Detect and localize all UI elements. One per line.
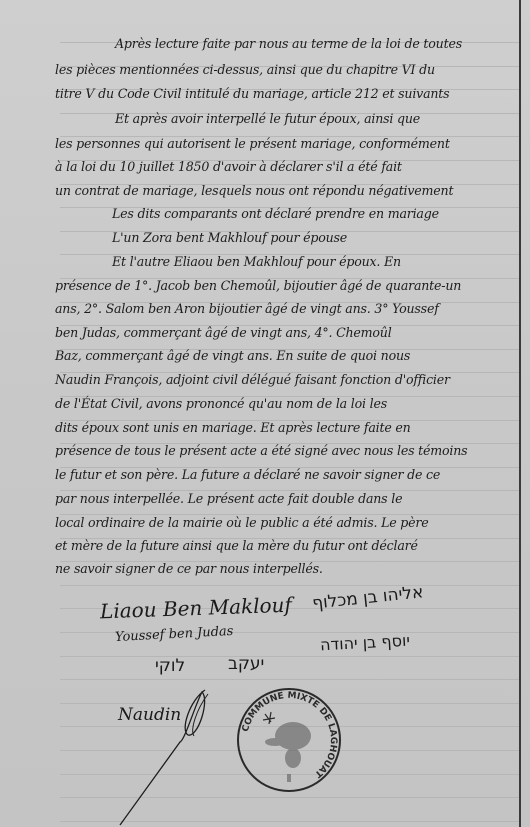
signature-hebrew-witness-1: יוסף בן יהודה [320,631,411,655]
handwritten-line: Et l'autre Eliaou ben Makhlouf pour épou… [112,254,401,269]
signature-hebrew-witness-2: יעקב [228,654,264,674]
signature-hebrew-witness-3: לוקי [155,656,185,676]
handwritten-line: local ordinaire de la mairie où le publi… [55,515,428,530]
handwritten-line: et mère de la future ainsi que la mère d… [55,538,418,553]
handwritten-line: ne savoir signer de ce par nous interpel… [55,561,323,576]
handwritten-line: Les dits comparants ont déclaré prendre … [112,206,439,221]
handwritten-line: un contrat de mariage, lesquels nous ont… [55,183,453,198]
commune-stamp-icon: COMMUNE MIXTE DE LAGHOUAT [235,686,343,794]
signature-witness-youssef: Youssef ben Judas [115,624,234,645]
handwritten-line: ans, 2°. Salom ben Aron bijoutier âgé de… [55,301,439,316]
signature-hebrew-groom: אליהו בן מכלוף [311,582,424,614]
handwritten-line: de l'État Civil, avons prononcé qu'au no… [55,396,387,411]
handwritten-line: dits époux sont unis en mariage. Et aprè… [55,420,411,435]
handwritten-line: par nous interpellée. Le présent acte fa… [55,491,402,506]
signature-groom: Liaou Ben Maklouf [100,593,293,624]
handwritten-line: les pièces mentionnées ci-dessus, ainsi … [55,62,435,77]
ruled-line [60,585,520,586]
handwritten-line: Baz, commerçant âgé de vingt ans. En sui… [55,348,410,363]
handwritten-line: à la loi du 10 juillet 1850 d'avoir à dé… [55,159,402,174]
handwritten-line: le futur et son père. La future a déclar… [55,467,440,482]
handwritten-line: Naudin François, adjoint civil délégué f… [55,372,450,387]
handwritten-line: Et après avoir interpellé le futur époux… [115,111,420,126]
handwritten-line: titre V du Code Civil intitulé du mariag… [55,86,449,101]
handwritten-line: L'un Zora bent Makhlouf pour épouse [112,230,347,245]
handwritten-line: les personnes qui autorisent le présent … [55,136,450,151]
handwritten-line: présence de 1°. Jacob ben Chemoûl, bijou… [55,278,461,293]
ruled-line [60,656,520,657]
signature-flourish-icon [110,680,220,827]
margin-rule [519,0,521,827]
handwritten-line: présence de tous le présent acte a été s… [55,443,467,458]
document-page: Après lecture faite par nous au terme de… [0,0,530,827]
handwritten-line: Après lecture faite par nous au terme de… [115,36,462,51]
handwritten-line: ben Judas, commerçant âgé de vingt ans, … [55,325,392,340]
